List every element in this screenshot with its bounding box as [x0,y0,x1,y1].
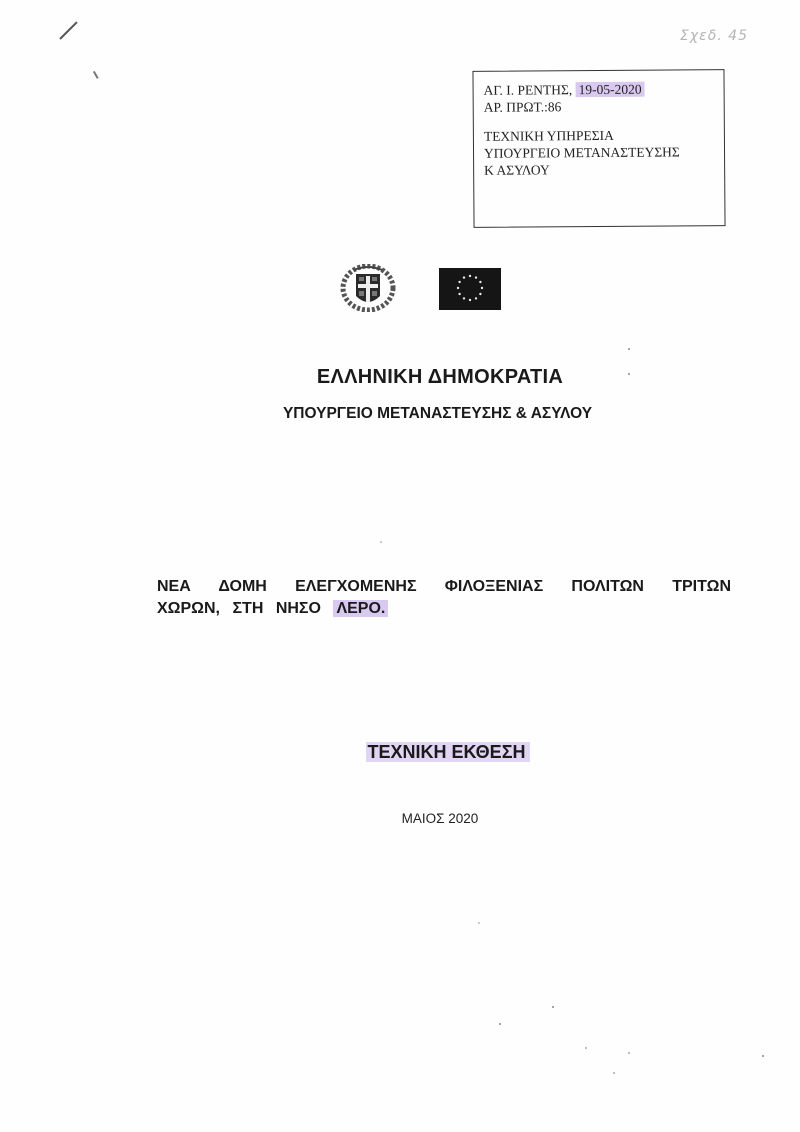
scan-speck [613,1072,615,1074]
scanned-page: Σχεδ. 45 ΑΓ. Ι. ΡΕΝΤΗΣ, 19-05-2020 ΑΡ. Π… [0,0,800,1132]
project-title-location: ΛΕΡΟ. [333,600,388,617]
pen-mark [93,71,98,79]
stamp-ministry: ΥΠΟΥΡΓΕΙΟ ΜΕΤΑΝΑΣΤΕΥΣΗΣ [484,143,724,162]
stamp-location: ΑΓ. Ι. ΡΕΝΤΗΣ, [484,82,573,98]
pen-mark [59,21,77,39]
ministry-heading: ΥΠΟΥΡΓΕΙΟ ΜΕΤΑΝΑΣΤΕΥΣΗΣ & ΑΣΥΛΟΥ [0,405,800,423]
stamp-date: 19-05-2020 [576,82,645,97]
scan-speck [585,1047,587,1049]
scan-speck [478,922,480,924]
scan-speck [628,348,630,350]
report-title: ΤΕΧΝΙΚΗ ΕΚΘΕΣΗ [0,742,800,763]
document-date: ΜΑΙΟΣ 2020 [0,811,800,826]
stamp-department: ΤΕΧΝΙΚΗ ΥΠΗΡΕΣΙΑ [484,126,724,145]
scan-speck [628,1052,630,1054]
project-title: ΝΕΑ ΔΟΜΗ ΕΛΕΓΧΟΜΕΝΗΣ ΦΙΛΟΞΕΝΙΑΣ ΠΟΛΙΤΩΝ … [157,576,731,620]
scan-speck [499,1023,501,1025]
greek-coat-of-arms-icon [340,264,396,312]
scan-speck [380,541,382,543]
scan-speck [552,1006,554,1008]
registry-stamp: ΑΓ. Ι. ΡΕΝΤΗΣ, 19-05-2020 ΑΡ. ΠΡΩΤ.:86 Τ… [472,69,725,228]
eu-flag-icon [439,268,501,310]
project-title-line2: ΧΩΡΩΝ, ΣΤΗ ΝΗΣΟ [157,600,321,617]
emblems [0,262,800,312]
stamp-protocol-number: ΑΡ. ΠΡΩΤ.:86 [484,97,724,116]
project-title-line1: ΝΕΑ ΔΟΜΗ ΕΛΕΓΧΟΜΕΝΗΣ ΦΙΛΟΞΕΝΙΑΣ ΠΟΛΙΤΩΝ … [157,576,731,598]
stamp-ministry-cont: Κ ΑΣΥΛΟΥ [484,160,724,179]
republic-heading: ΕΛΛΗΝΙΚΗ ΔΗΜΟΚΡΑΤΙΑ [0,366,800,389]
handwritten-note: Σχεδ. 45 [680,28,748,44]
scan-speck [628,373,630,375]
stamp-line-date: ΑΓ. Ι. ΡΕΝΤΗΣ, 19-05-2020 [484,80,724,99]
scan-speck [762,1055,764,1057]
report-title-text: ΤΕΧΝΙΚΗ ΕΚΘΕΣΗ [366,742,530,762]
